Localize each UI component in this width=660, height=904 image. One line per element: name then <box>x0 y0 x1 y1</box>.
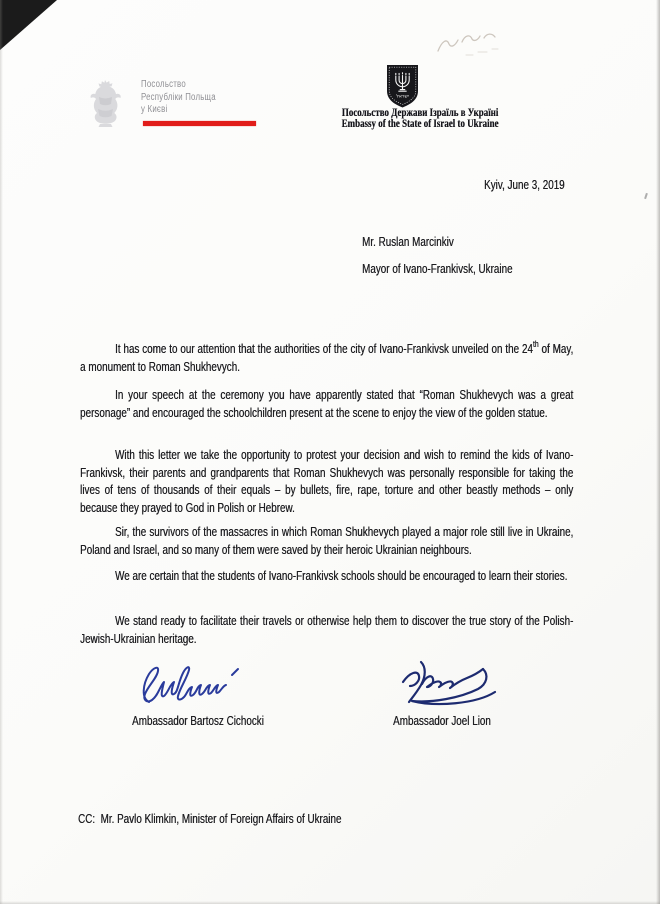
paragraph-2: In your speech at the ceremony you have … <box>80 386 573 421</box>
cc-line: CC: Mr. Pavlo Klimkin, Minister of Forei… <box>78 810 341 828</box>
scanned-letter-page: Посольство Республіки Польща у Києві ישר… <box>0 0 660 904</box>
polish-embassy-line2: Республіки Польща <box>141 92 216 105</box>
paragraph-4: Sir, the survivors of the massacres in w… <box>80 523 573 558</box>
polish-eagle-icon <box>88 77 123 130</box>
signature-cichocki <box>133 660 258 714</box>
polish-embassy-name: Посольство Республіки Польща у Києві <box>141 79 216 117</box>
paragraph-1: It has come to our attention that the au… <box>80 340 573 375</box>
paragraph-3: With this letter we take the opportunity… <box>80 446 573 516</box>
israel-embassy-name: Посольство Держави Ізраїль в Україні Emb… <box>328 108 512 131</box>
polish-embassy-line1: Посольство <box>141 79 216 92</box>
scan-left-edge <box>0 0 3 904</box>
pencil-scribble <box>432 26 512 62</box>
signer-right-label: Ambassador Joel Lion <box>393 712 491 730</box>
scan-right-edge <box>656 0 660 904</box>
recipient-name: Mr. Ruslan Marcinkiv <box>362 233 454 251</box>
israel-embassy-line-en: Embassy of the State of Israel to Ukrain… <box>328 119 512 130</box>
signer-left-label: Ambassador Bartosz Cichocki <box>132 712 264 730</box>
paragraph-5: We are certain that the students of Ivan… <box>80 567 573 585</box>
polish-embassy-line3: у Києві <box>141 104 216 117</box>
paragraph-6: We stand ready to facilitate their trave… <box>80 612 573 647</box>
svg-text:ישראל: ישראל <box>396 94 409 100</box>
polish-flag-red-bar <box>143 121 256 126</box>
paragraph-1-text: It has come to our attention that the au… <box>115 341 533 356</box>
recipient-title: Mayor of Ivano-Frankivsk, Ukraine <box>362 260 512 278</box>
date-line: Kyiv, June 3, 2019 <box>484 176 565 194</box>
israel-emblem-icon: ישראל <box>385 64 420 109</box>
scan-corner-artifact <box>0 0 57 50</box>
scan-speck <box>644 193 648 199</box>
signature-lion <box>388 658 506 716</box>
